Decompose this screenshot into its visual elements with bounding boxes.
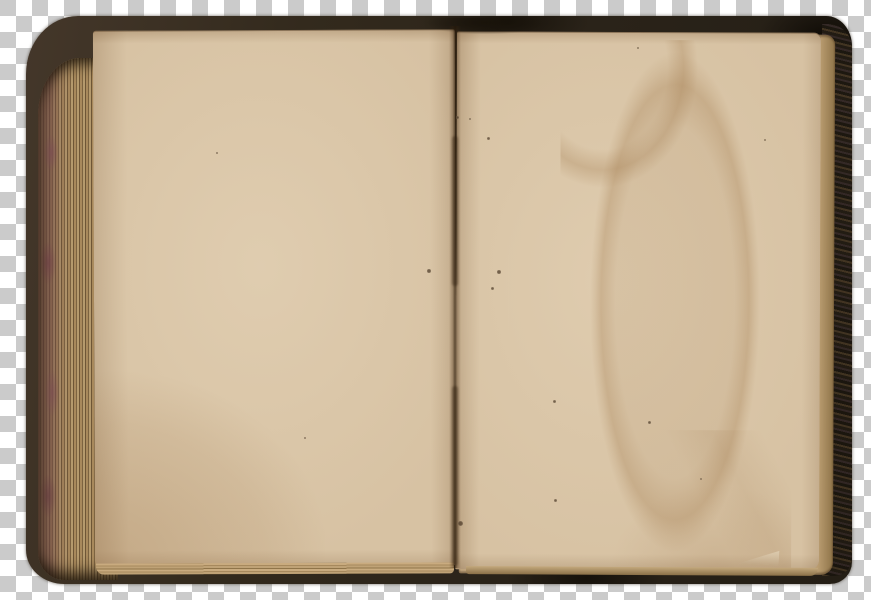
water-stain-bottom-right [561, 430, 791, 571]
transparent-canvas [0, 0, 871, 600]
left-blank-page [93, 29, 457, 567]
water-stain-large [559, 40, 791, 565]
open-book [0, 0, 871, 600]
water-stain-bottom-left [94, 356, 325, 567]
left-page-bottom-edges [96, 562, 454, 574]
page-crease-mark [739, 547, 780, 565]
right-blank-page [455, 31, 821, 570]
